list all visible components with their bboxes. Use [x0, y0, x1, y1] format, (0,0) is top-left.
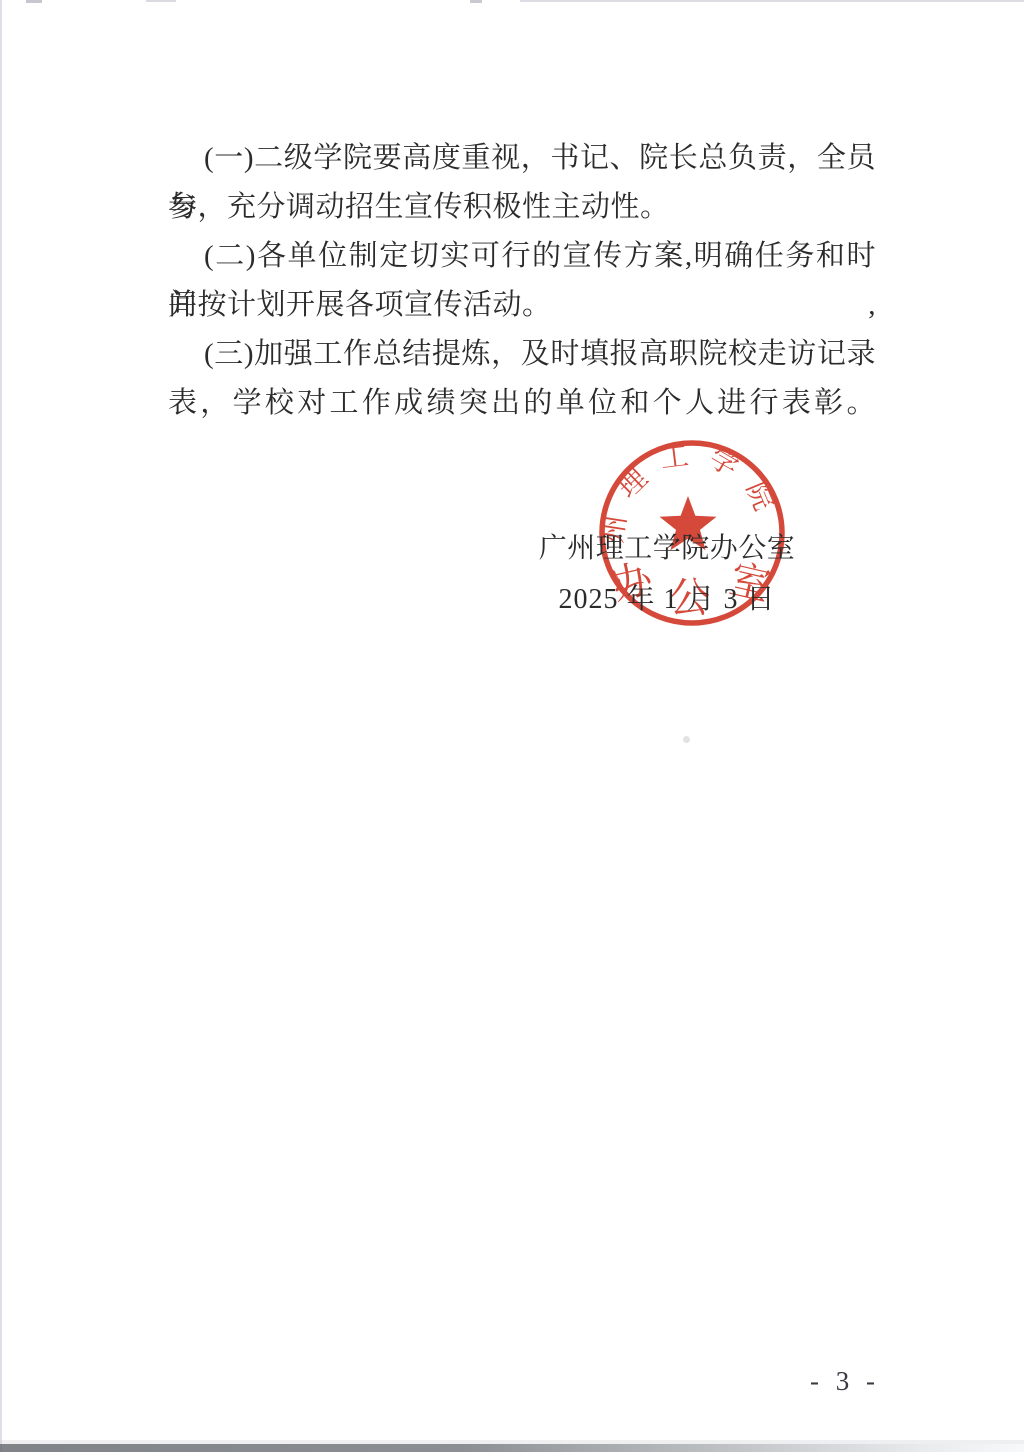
scan-artifact-bottom-shadow [0, 1444, 1024, 1452]
scan-artifact-left-edge [0, 0, 2, 1452]
scan-artifact-top-line [520, 0, 1024, 2]
paragraph-2-line-1: (二)各单位制定切实可行的宣传方案,明确任务和时间, [168, 232, 876, 281]
page-number: - 3 - [795, 1366, 895, 1397]
paragraph-3-line-2: 表，学校对工作成绩突出的单位和个人进行表彰。 [168, 379, 876, 428]
body-text: (一)二级学院要高度重视，书记、院长总负责，全员参 与，充分调动招生宣传积极性主… [168, 134, 876, 428]
paragraph-1-line-2: 与，充分调动招生宣传积极性主动性。 [168, 183, 876, 232]
signature-organization: 广州理工学院办公室 [517, 526, 817, 566]
scan-artifact-top [26, 0, 42, 3]
paragraph-1-line-1: (一)二级学院要高度重视，书记、院长总负责，全员参 [168, 134, 876, 183]
scan-artifact-speck [683, 736, 690, 743]
paragraph-3-line-1: (三)加强工作总结提炼，及时填报高职院校走访记录 [168, 330, 876, 379]
scan-artifact-top [146, 0, 176, 2]
document-page: (一)二级学院要高度重视，书记、院长总负责，全员参 与，充分调动招生宣传积极性主… [0, 0, 1024, 1452]
signature-date: 2025 年 1 月 3 日 [517, 577, 817, 617]
scan-artifact-top [470, 0, 482, 3]
scan-artifact-bottom [0, 1440, 1024, 1444]
